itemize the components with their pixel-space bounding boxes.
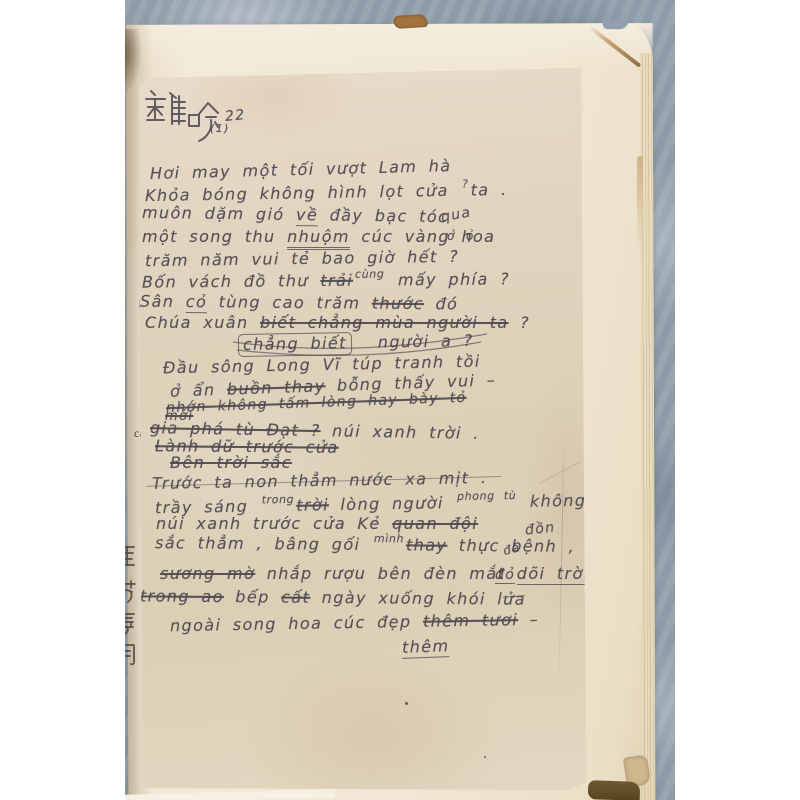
handwritten-line: Chúa xuân biết chẳng mùa người ta ? — [145, 315, 530, 331]
handwriting-segment: mấy phía ? — [386, 269, 510, 289]
handwriting-segment: cỏ — [186, 292, 208, 313]
margin-note: đỏ — [495, 568, 515, 584]
title-number-sup: 22 — [224, 108, 246, 124]
handwriting-segment: cùng — [355, 267, 384, 280]
handwriting-segment: trong — [262, 493, 295, 507]
margin-note: ở ỏ — [447, 230, 475, 242]
handwriting-segment: trong ao — [140, 586, 224, 606]
hanzi-title-tap-icon — [144, 89, 186, 129]
handwriting-segment: bếp — [224, 587, 281, 606]
handwriting-segment: ta . — [470, 180, 507, 200]
handwritten-line: trong ao bếp cất ngày xuống khói lửa — [140, 588, 526, 607]
handwriting-segment: trời — [296, 495, 329, 515]
page-edge-tear — [637, 156, 643, 248]
handwriting-segment: ? — [509, 313, 530, 332]
handwriting-segment: về — [296, 205, 318, 226]
handwriting-segment: biết chẳng mùa người ta — [260, 313, 509, 332]
handwriting-segment: tùng cao trăm — [207, 292, 372, 312]
handwritten-line: một song thu nhuộm cúc vàng hoa — [142, 229, 495, 245]
handwritten-line: núi xanh trước cửa Kẻ quan đội — [156, 516, 478, 532]
manuscript-sheet: (1) 22 Hơi may một tối vượt Lam hàKhỏa b… — [139, 66, 587, 792]
handwriting-segment: Chúa xuân — [145, 313, 260, 332]
handwriting-segment: lòng người — [329, 493, 456, 514]
handwriting-segment: Bốn vách đồ thư — [142, 271, 321, 292]
handwritten-line: chẳng biếtngười a ? — [238, 333, 474, 353]
spine-dark-edge — [125, 29, 142, 93]
handwriting-segment: sương mờ — [160, 564, 255, 583]
handwritten-line: muôn dặm gió về đầy bạc tóc — [142, 205, 448, 225]
margin-note: đồn — [524, 520, 556, 537]
partial-hanzi-icon — [125, 578, 138, 604]
open-book-photo: lồng, in dặ vi. nữa, hình ướt; cát bụ — [125, 0, 675, 800]
handwriting-segment: Bên trời sắc — [170, 453, 292, 472]
binding-tape — [588, 780, 641, 800]
handwriting-segment: núi xanh trời . — [320, 421, 480, 443]
handwriting-segment: – — [518, 610, 539, 629]
handwriting-segment: quan đội — [392, 514, 478, 533]
handwriting-segment: đó — [424, 294, 458, 313]
handwriting-segment: ? — [462, 178, 469, 191]
handwritten-line: Bên trời sắc — [170, 455, 292, 471]
handwriting-segment: thước — [372, 294, 424, 313]
handwritten-line: thêm — [402, 638, 450, 656]
page-top-highlight — [126, 23, 653, 67]
photo-canvas: lồng, in dặ vi. nữa, hình ướt; cát bụ — [0, 0, 800, 800]
ink-speck — [405, 702, 408, 705]
handwriting-segment: mình — [374, 532, 404, 545]
handwriting-segment: Sân — [140, 292, 186, 311]
handwriting-segment: sắc thẳm , bâng gối — [155, 533, 372, 554]
handwriting-segment: thêm — [402, 636, 450, 659]
partial-hanzi-icon — [125, 610, 138, 636]
handwriting-segment: muôn dặm gió — [142, 203, 296, 224]
handwritten-line: trăm năm vui tẻ bao giờ hết ? — [145, 249, 459, 269]
handwritten-line: sương mờ nhắp rượu bên đèn mắt dõi trời … — [160, 566, 608, 582]
handwritten-line: Sân cỏ tùng cao trăm thước đó — [140, 294, 458, 313]
handwriting-segment: ngày xuống khói lửa — [310, 588, 526, 609]
handwriting-segment: một song thu — [142, 227, 287, 246]
damage-spot — [393, 14, 428, 29]
handwriting-segment: trải — [320, 271, 353, 290]
handwriting-segment: chẳng biết — [238, 332, 352, 357]
handwriting-segment: thay — [406, 535, 447, 554]
handwriting-segment: cất — [281, 588, 310, 607]
handwritten-line: Bốn vách đồ thư trảicùng mấy phía ? — [142, 271, 510, 290]
partial-hanzi-icon — [125, 543, 138, 569]
handwriting-segment: phong tù — [457, 489, 516, 503]
handwriting-segment: nhuộm — [287, 227, 350, 250]
handwriting-segment: đầy bạc tóc — [318, 205, 448, 226]
handwriting-segment: núi xanh trước cửa Kẻ — [156, 514, 392, 533]
handwriting-segment: người a ? — [378, 331, 474, 352]
handwriting-segment: nhắp rượu bên đèn mắt — [255, 564, 517, 583]
partial-hanzi-icon — [125, 641, 138, 667]
handwriting-segment: thêm tươi — [423, 610, 519, 631]
ink-speck — [484, 756, 486, 758]
